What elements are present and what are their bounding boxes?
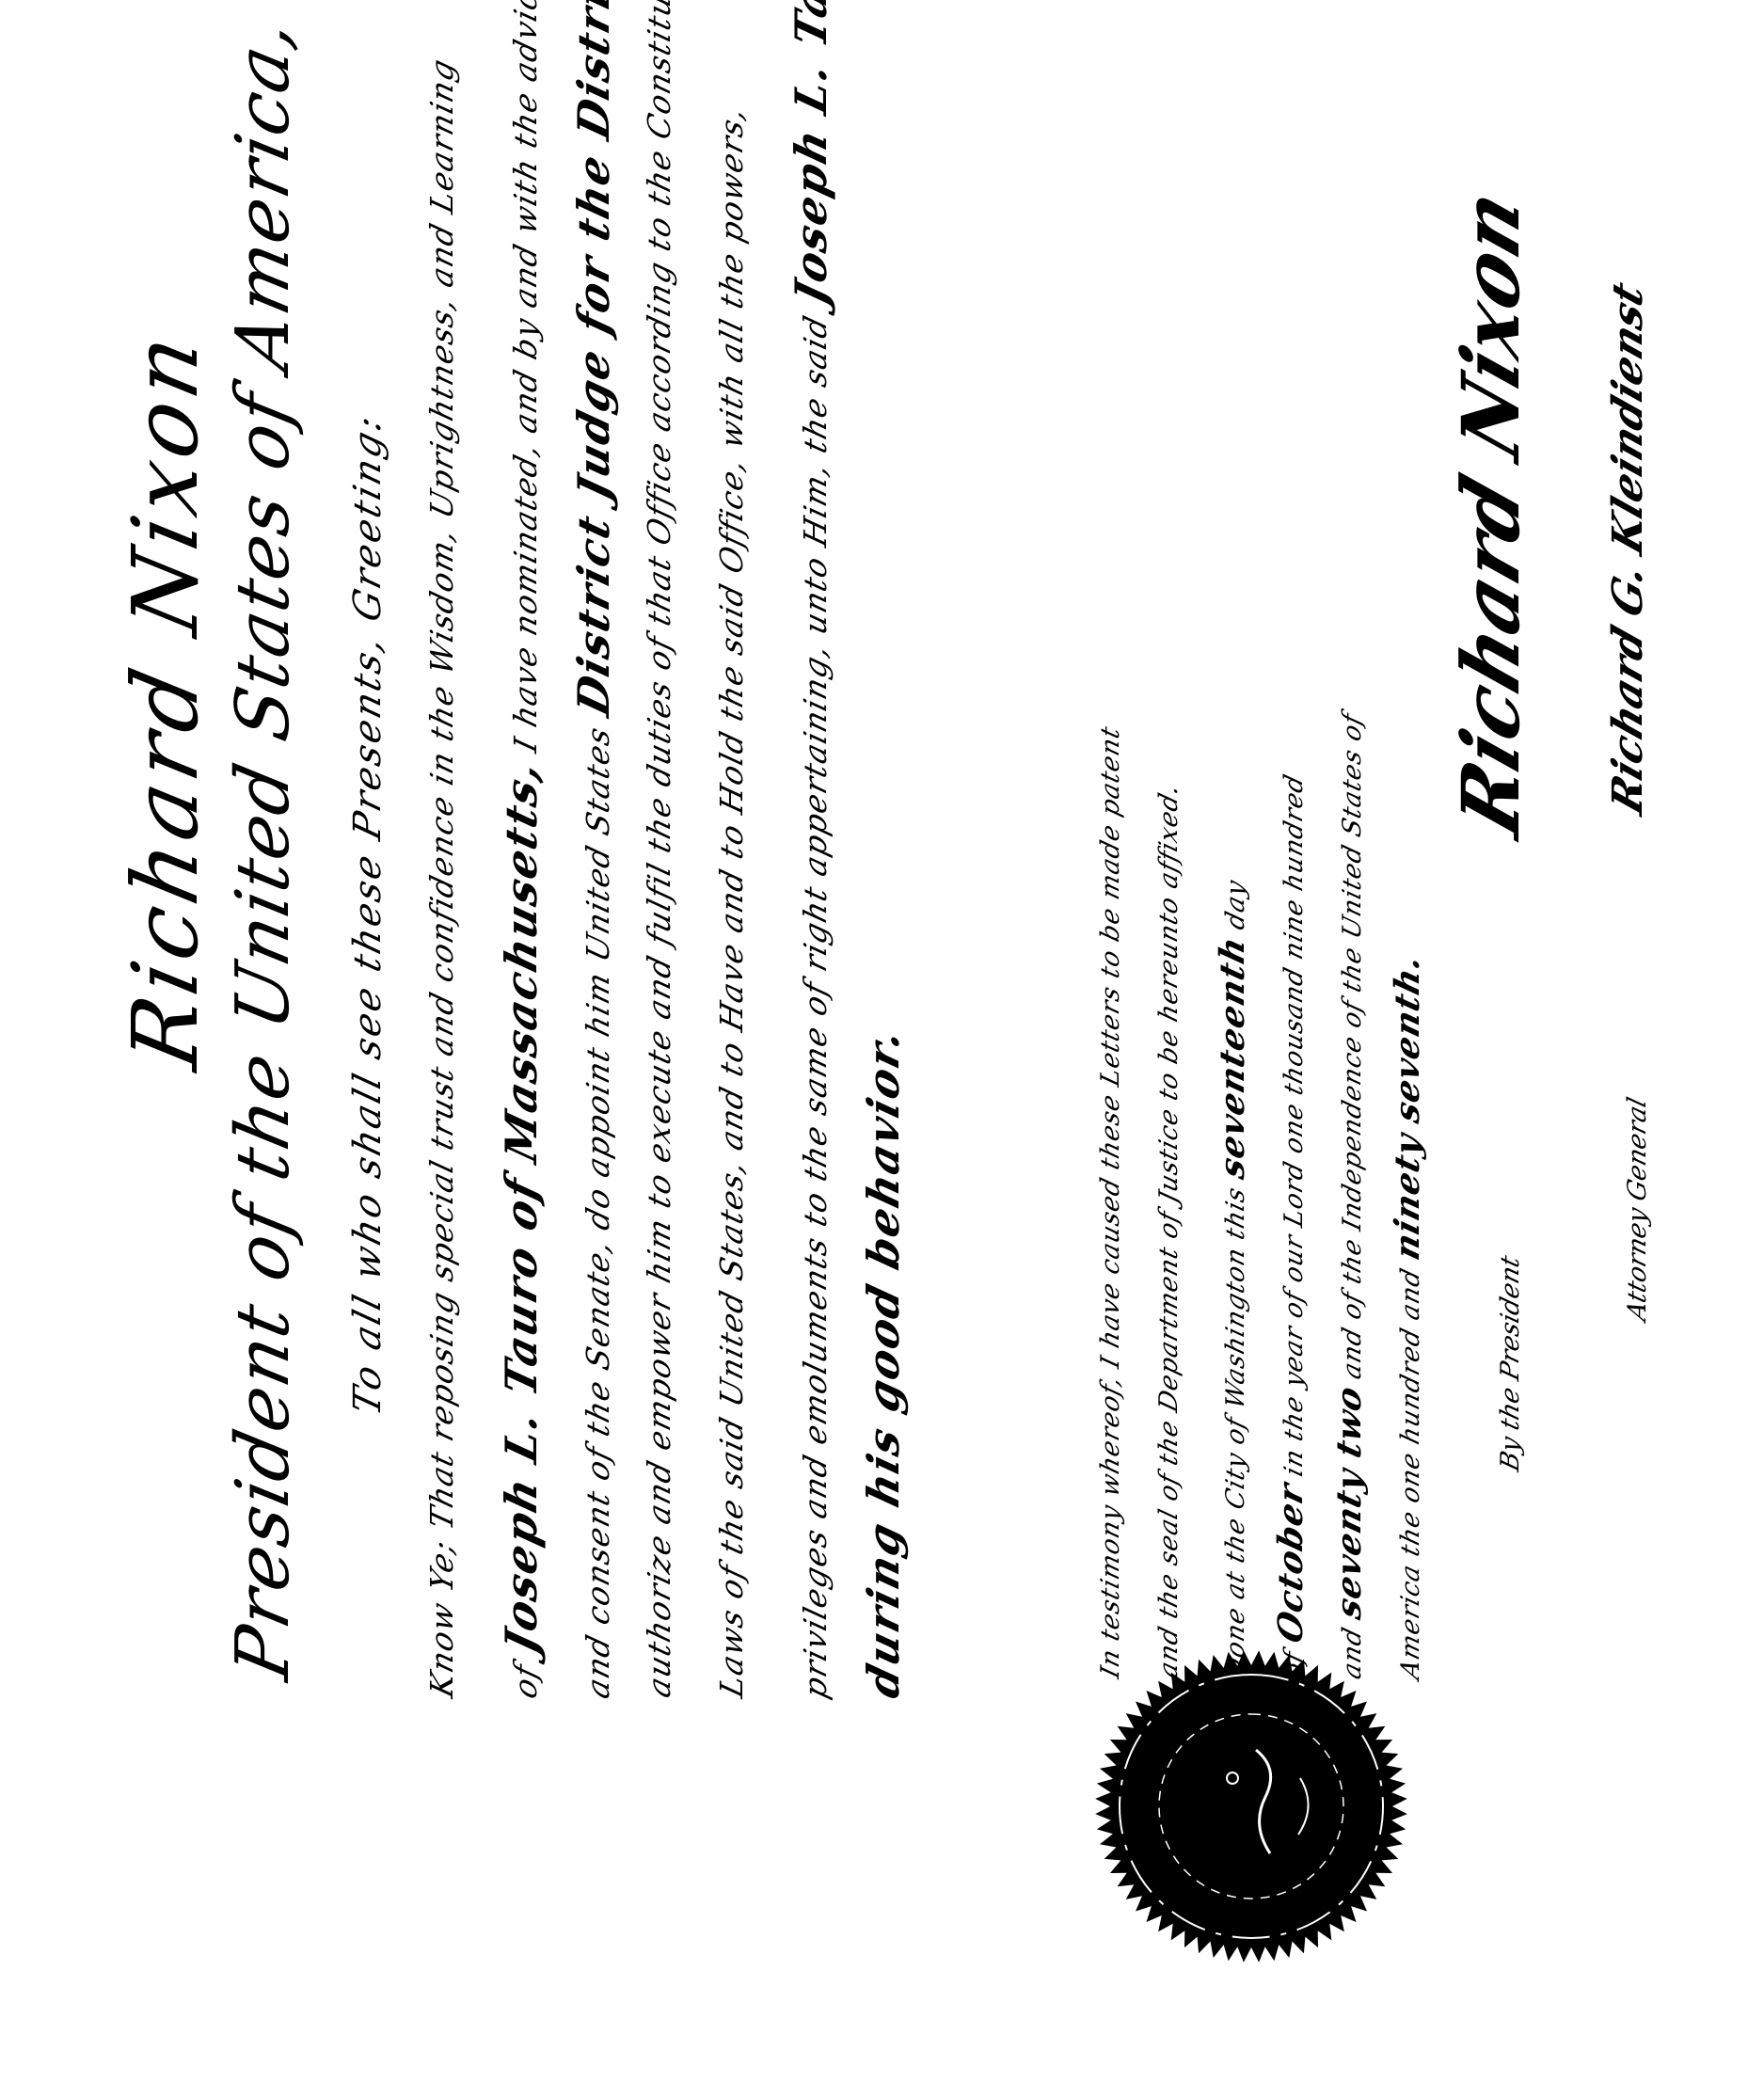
body-line: authorize and empower him to execute and… xyxy=(641,0,677,1701)
document-subtitle: President of the United States of Americ… xyxy=(221,11,306,1687)
testimonium-line: In testimony whereof, I have caused thes… xyxy=(1096,723,1125,1681)
body-emphasis: Joseph L. Tauro xyxy=(786,0,836,310)
testimonium-line: America the one hundred and ninety seven… xyxy=(1388,950,1427,1683)
testimonium-emphasis: ninety seventh. xyxy=(1388,950,1427,1264)
testimonium-emphasis: October xyxy=(1271,1479,1311,1647)
body-line: Know Ye; That reposing special trust and… xyxy=(423,54,460,1701)
testimonium-emphasis: seventeenth xyxy=(1213,931,1252,1183)
testimonium-line: and seventy two and of the Independence … xyxy=(1329,707,1369,1682)
testimonium-line: and the seal of the Department of Justic… xyxy=(1154,781,1184,1682)
body-emphasis: during his good behavior. xyxy=(858,1023,909,1704)
attorney-general-label: Attorney General xyxy=(1623,1094,1652,1324)
greeting-line: To all who shall see these Presents, Gre… xyxy=(346,408,389,1420)
seal-icon xyxy=(1091,1646,1411,1966)
body-emphasis: Joseph L. Tauro of Massachusetts, xyxy=(496,755,547,1659)
testimonium-line: of October in the year of our Lord one t… xyxy=(1271,769,1311,1683)
body-line: and consent of the Senate, do appoint hi… xyxy=(568,0,619,1703)
president-signature: Richard Nixon xyxy=(1444,177,1537,848)
body-emphasis: District Judge for the District of Massa… xyxy=(568,0,619,721)
testimonium-line: Done at the City of Washington this seve… xyxy=(1213,874,1252,1683)
commission-document: Richard Nixon President of the United St… xyxy=(0,0,1764,2082)
body-line: privileges and emoluments to the same of… xyxy=(786,0,836,1703)
body-line: during his good behavior. xyxy=(858,1023,909,1704)
by-the-president-label: By the President xyxy=(1496,1252,1525,1474)
body-line: Laws of the said United States, and to H… xyxy=(713,103,750,1702)
body-line: of Joseph L. Tauro of Massachusetts, I h… xyxy=(496,0,547,1703)
attorney-general-signature: Richard G. Kleindienst xyxy=(1604,276,1652,820)
document-title: Richard Nixon xyxy=(113,321,218,1077)
testimonium-emphasis: seventy two xyxy=(1329,1381,1369,1623)
